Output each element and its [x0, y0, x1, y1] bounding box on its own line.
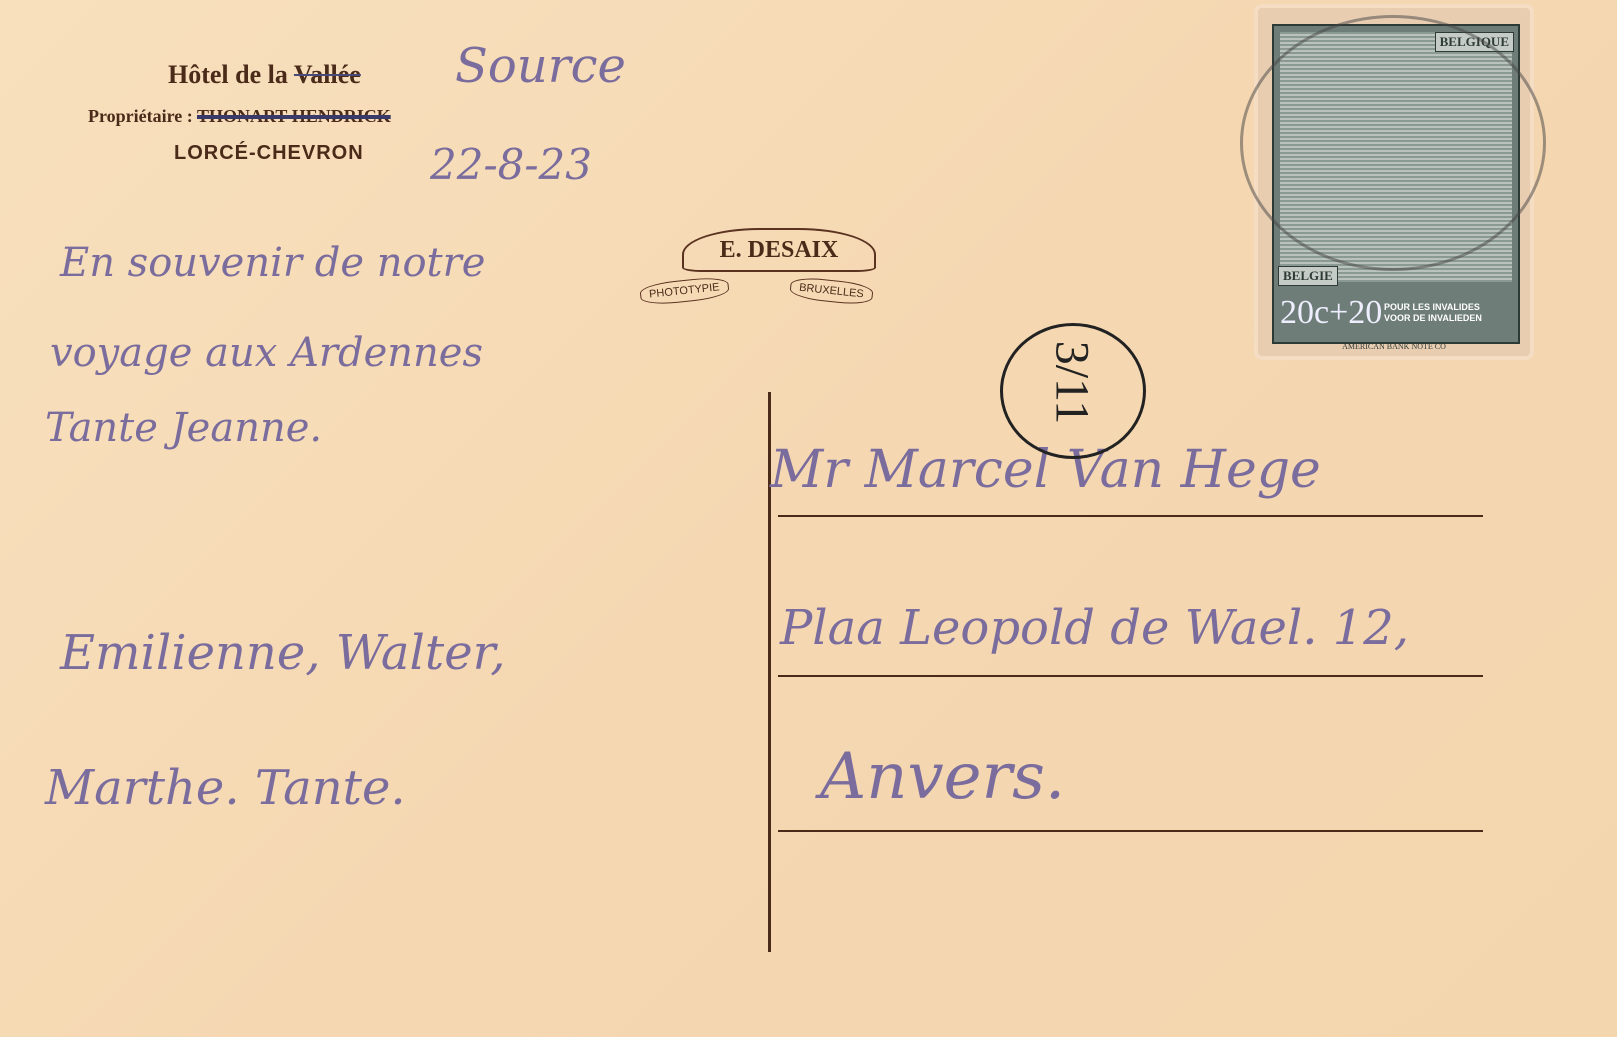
hotel-name-struck: Vallée: [294, 60, 361, 89]
town: LORCÉ-CHEVRON: [174, 142, 364, 165]
owner-label: Propriétaire :: [88, 106, 197, 126]
postmark-text: 3/11: [1044, 341, 1099, 425]
stamp-printer: AMERICAN BANK NOTE CO: [1258, 342, 1530, 351]
publisher-logo: E. DESAIX PHOTOTYPIE BRUXELLES: [660, 218, 900, 348]
stamp-country-nl: BELGIE: [1278, 266, 1338, 286]
publisher-name: E. DESAIX: [682, 228, 876, 272]
message-line-3: Tante Jeanne.: [45, 405, 322, 451]
hotel-name-prefix: Hôtel de la: [168, 60, 294, 89]
message-line-1: En souvenir de notre: [60, 240, 485, 286]
stamp-caption: POUR LES INVALIDESVOOR DE INVALIEDEN: [1384, 302, 1482, 324]
address-line-2: Plaa Leopold de Wael. 12,: [780, 600, 1409, 656]
address-rule-1: [778, 515, 1483, 517]
postcard-back: Hôtel de la Vallée Propriétaire : THONAR…: [0, 0, 1617, 1037]
publisher-ribbon-right: BRUXELLES: [789, 276, 874, 307]
owner-name-struck: THONART-HENDRICK: [197, 106, 391, 126]
stamp-caption-fr: POUR LES INVALIDES: [1384, 302, 1482, 313]
stamp-caption-nl: VOOR DE INVALIEDEN: [1384, 313, 1482, 324]
owner-line: Propriétaire : THONART-HENDRICK: [88, 106, 391, 127]
message-line-5: Marthe. Tante.: [45, 760, 406, 816]
handwritten-correction: Source: [455, 38, 626, 94]
address-line-3: Anvers.: [820, 740, 1065, 814]
publisher-ribbon-left: PHOTOTYPIE: [639, 275, 730, 306]
message-line-4: Emilienne, Walter,: [60, 625, 506, 681]
stamp-value: 20c+20: [1280, 294, 1382, 332]
cancellation-mark: [1240, 15, 1546, 271]
handwritten-date: 22-8-23: [430, 140, 592, 189]
message-line-2: voyage aux Ardennes: [50, 330, 483, 376]
address-rule-2: [778, 675, 1483, 677]
hotel-name: Hôtel de la Vallée: [168, 60, 361, 90]
address-rule-3: [778, 830, 1483, 832]
